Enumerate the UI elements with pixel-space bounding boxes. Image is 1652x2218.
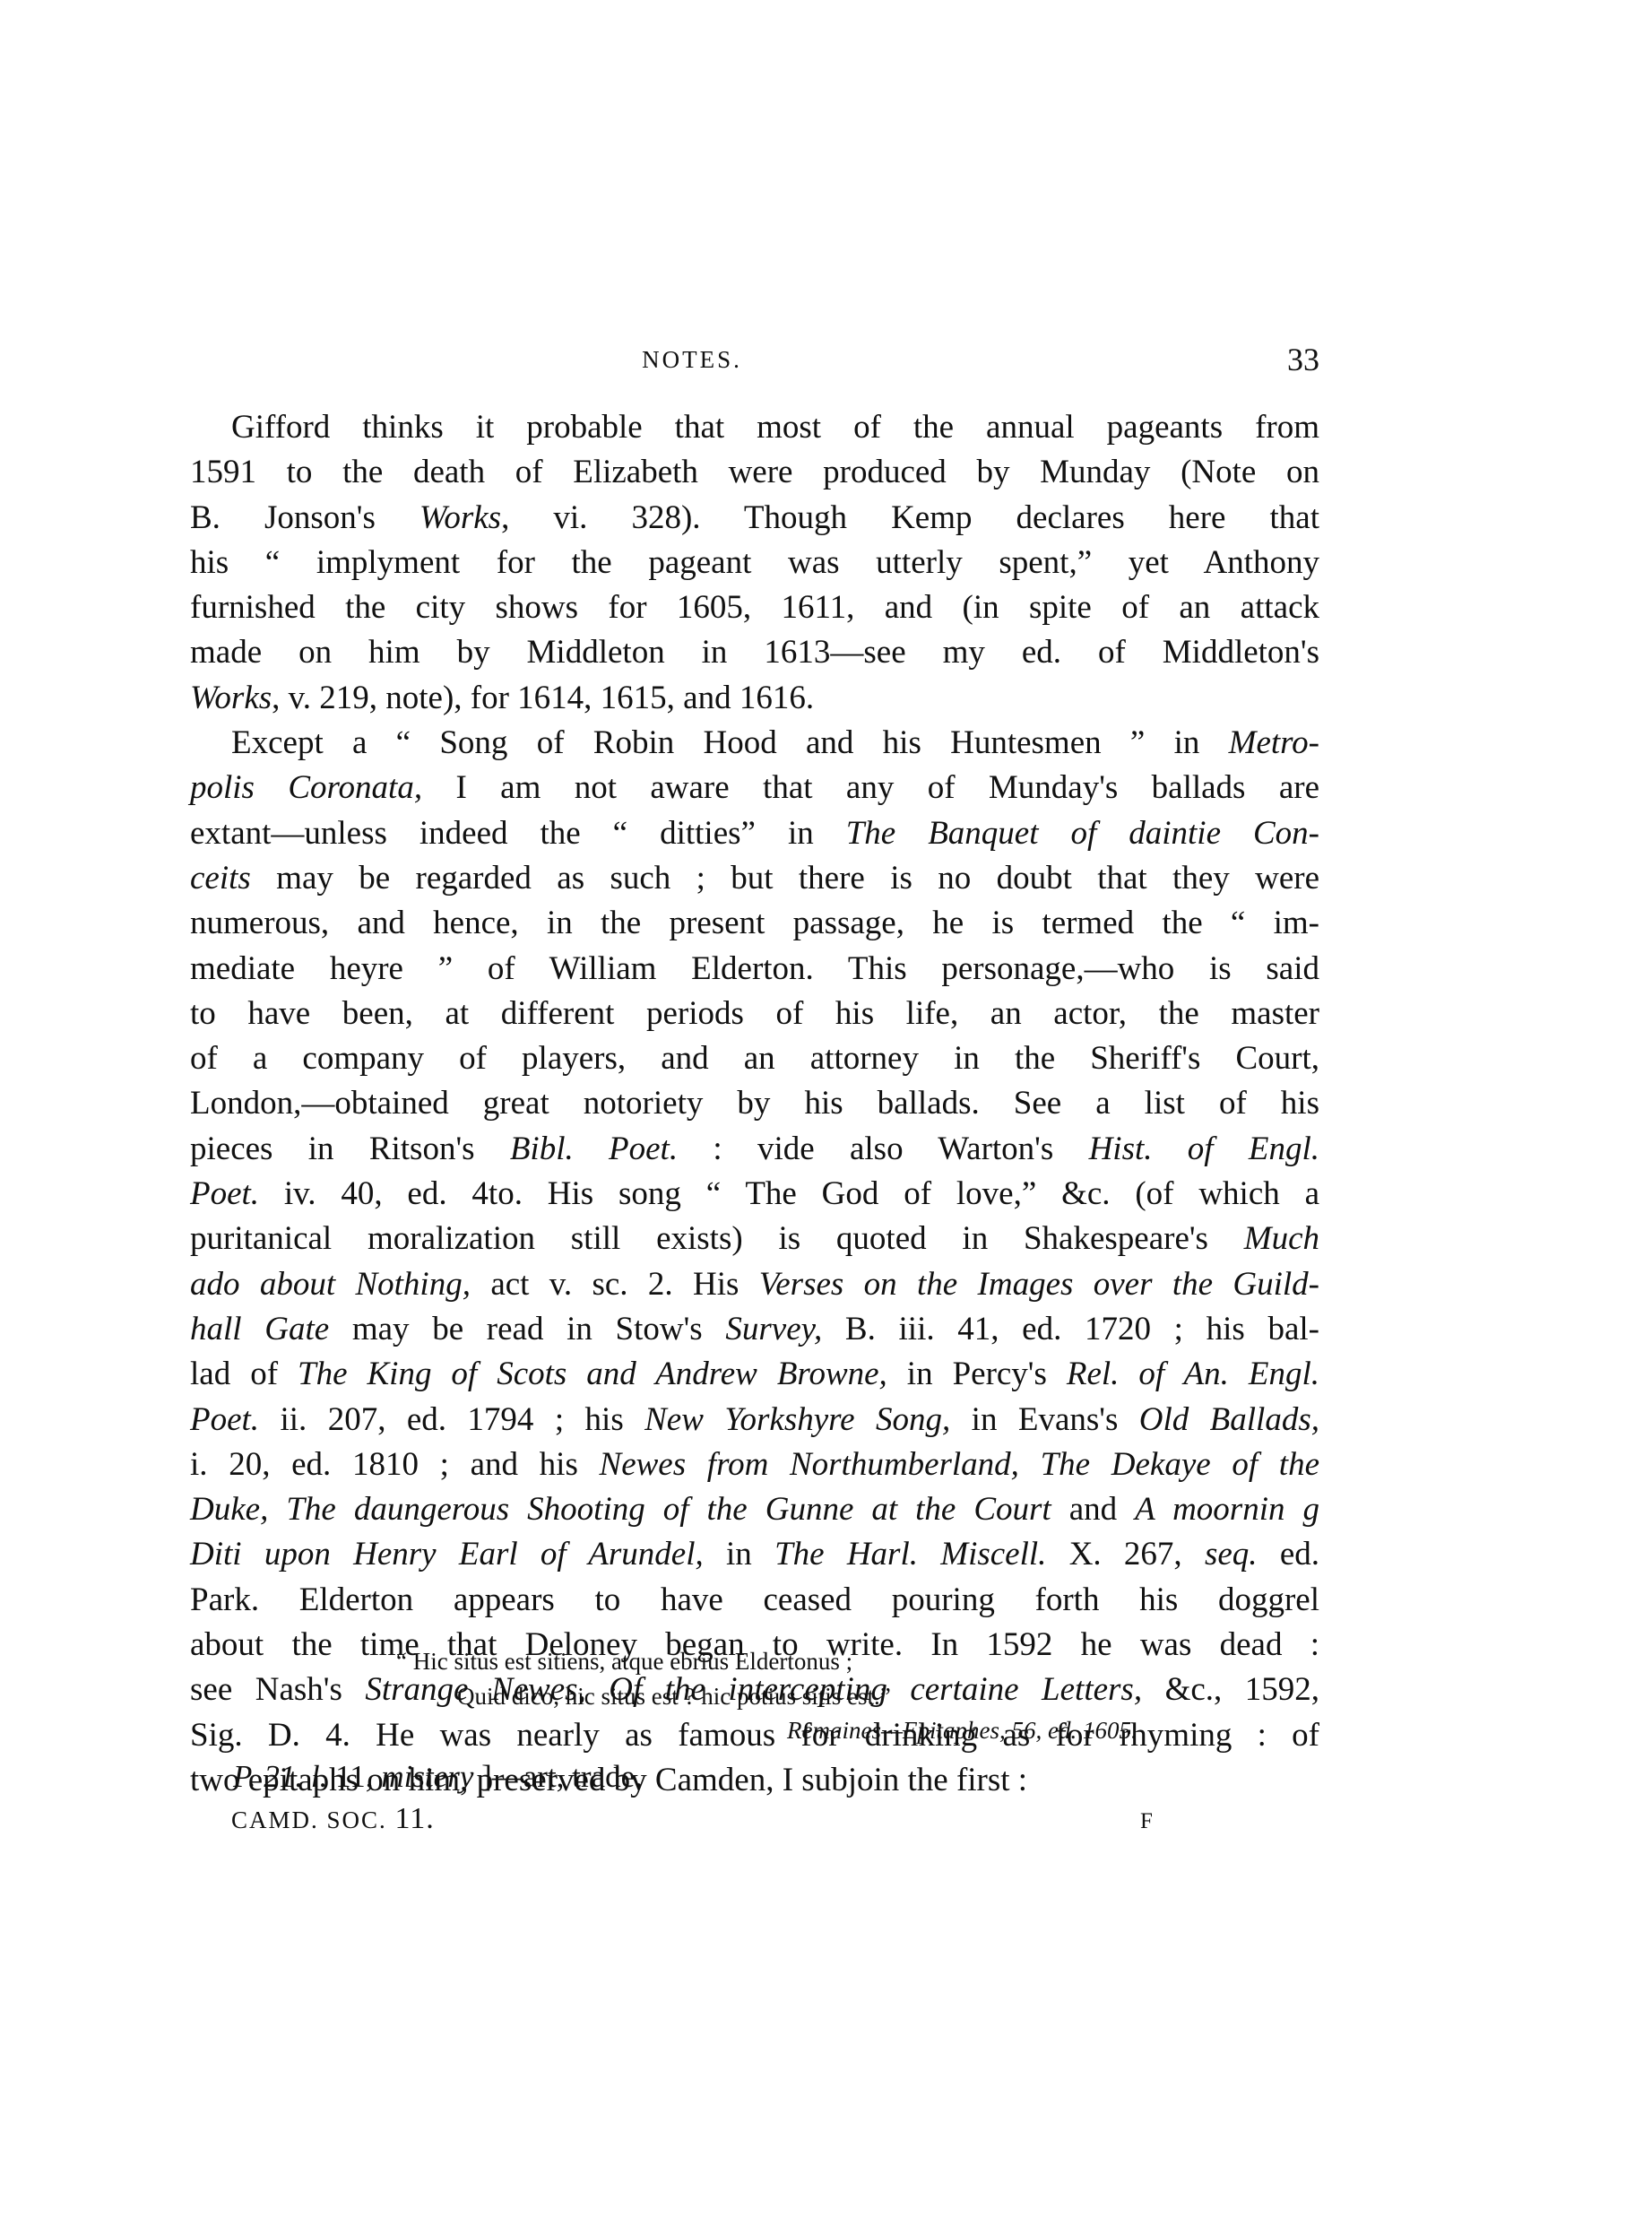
text-line: Poet. iv. 40, ed. 4to. His song “ The Go… — [190, 1172, 1319, 1217]
italic-span: Works — [190, 680, 272, 716]
page-number: 33 — [1287, 341, 1319, 378]
text-span: in Evans's — [950, 1401, 1139, 1438]
italic-span: Works — [419, 499, 501, 536]
text-line: Duke, The daungerous Shooting of the Gun… — [190, 1487, 1319, 1532]
italic-span: Survey, — [725, 1311, 822, 1347]
note-line-abbrev: l. — [311, 1759, 327, 1794]
italic-span: hall Gate — [190, 1311, 329, 1347]
text-line: Diti upon Henry Earl of Arundel, in The … — [190, 1532, 1319, 1577]
text-span: : vide also Warton's — [678, 1131, 1088, 1167]
signature-mark: F — [1140, 1809, 1153, 1834]
running-title: NOTES. — [190, 346, 1194, 374]
text-line: extant—unless indeed the “ ditties” in T… — [190, 811, 1319, 856]
text-span: to have been, at different periods of hi… — [190, 995, 1319, 1032]
text-span: ed. — [1258, 1536, 1319, 1573]
text-span: ii. 207, ed. 1794 ; his — [259, 1401, 644, 1438]
text-span: , v. 219, note), for 1614, 1615, and 161… — [272, 680, 814, 716]
text-span: see Nash's — [190, 1671, 365, 1708]
epitaph-source: Remaines—Epitaphes, 56, ed. 1605. — [787, 1717, 1137, 1745]
text-line: 1591 to the death of Elizabeth were prod… — [190, 450, 1319, 495]
text-line: puritanical moralization still exists) i… — [190, 1217, 1319, 1261]
italic-span: Poet. — [190, 1175, 259, 1212]
text-span: I am not aware that any of Munday's ball… — [422, 769, 1319, 806]
text-span: &c., 1592, — [1142, 1671, 1319, 1708]
text-span: Park. Elderton appears to have ceased po… — [190, 1581, 1319, 1618]
text-span: may be read in Stow's — [329, 1311, 725, 1347]
text-line: polis Coronata, I am not aware that any … — [190, 766, 1319, 810]
italic-span: Duke, The daungerous Shooting of the Gun… — [190, 1491, 1051, 1528]
text-span: of a company of players, and an attorney… — [190, 1040, 1319, 1077]
italic-span: The Banquet of daintie Con- — [846, 815, 1319, 852]
note-page-ref: P. 21. — [233, 1759, 311, 1794]
text-line: i. 20, ed. 1810 ; and his Newes from Nor… — [190, 1443, 1319, 1487]
text-span: puritanical moralization still exists) i… — [190, 1220, 1244, 1257]
italic-span: Verses on the Images over the Guild- — [759, 1266, 1319, 1303]
text-span: Except a “ Song of Robin Hood and his Hu… — [231, 724, 1229, 761]
text-span: and — [1051, 1491, 1135, 1528]
text-span: London,—obtained great notoriety by his … — [190, 1085, 1319, 1122]
text-line: of a company of players, and an attorney… — [190, 1036, 1319, 1081]
epitaph-line-1: “ Hic situs est sitiens, atque ebrius El… — [396, 1648, 852, 1676]
text-line: lad of The King of Scots and Andrew Brow… — [190, 1352, 1319, 1397]
italic-span: Diti upon Henry Earl of Arundel, — [190, 1536, 704, 1573]
text-line: Park. Elderton appears to have ceased po… — [190, 1578, 1319, 1623]
italic-span: polis Coronata, — [190, 769, 422, 806]
text-line: Works, v. 219, note), for 1614, 1615, an… — [190, 676, 1319, 721]
italic-span: Metro- — [1229, 724, 1319, 761]
text-line: London,—obtained great notoriety by his … — [190, 1081, 1319, 1126]
text-line: pieces in Ritson's Bibl. Poet. : vide al… — [190, 1127, 1319, 1172]
text-span: made on him by Middleton in 1613—see my … — [190, 634, 1319, 671]
text-span: his “ implyment for the pageant was utte… — [190, 544, 1319, 581]
italic-span: A moornin g — [1135, 1491, 1319, 1528]
text-line: numerous, and hence, in the present pass… — [190, 901, 1319, 946]
text-line: made on him by Middleton in 1613—see my … — [190, 630, 1319, 675]
italic-span: Much — [1244, 1220, 1319, 1257]
text-span: , vi. 328). Though Kemp declares here th… — [501, 499, 1319, 536]
text-line: Poet. ii. 207, ed. 1794 ; his New Yorksh… — [190, 1398, 1319, 1443]
text-line: hall Gate may be read in Stow's Survey, … — [190, 1307, 1319, 1352]
text-span: Sig. D. 4. He was nearly as famous for d… — [190, 1717, 1319, 1754]
text-span: extant—unless indeed the “ ditties” in — [190, 815, 846, 852]
italic-span: Rel. of An. Engl. — [1067, 1356, 1319, 1392]
text-span: lad of — [190, 1356, 298, 1392]
text-line: furnished the city shows for 1605, 1611,… — [190, 585, 1319, 630]
italic-span: New Yorkshyre Song, — [644, 1401, 950, 1438]
text-line: ado about Nothing, act v. sc. 2. His Ver… — [190, 1262, 1319, 1307]
text-line: his “ implyment for the pageant was utte… — [190, 541, 1319, 585]
note-line-number: 11, — [327, 1759, 381, 1794]
text-span: furnished the city shows for 1605, 1611,… — [190, 589, 1319, 626]
text-span: B. Jonson's — [190, 499, 419, 536]
italic-span: Bibl. Poet. — [510, 1131, 678, 1167]
text-line: to have been, at different periods of hi… — [190, 992, 1319, 1036]
running-head: NOTES. 33 — [190, 341, 1319, 380]
note-entry: P. 21. l. 11, mistery ]—art, trade. — [233, 1759, 643, 1795]
italic-span: Newes from Northumberland, The Dekaye of… — [600, 1446, 1319, 1483]
text-span: i. 20, ed. 1810 ; and his — [190, 1446, 600, 1483]
text-line: ceits may be regarded as such ; but ther… — [190, 856, 1319, 901]
note-gloss: ]—art, trade. — [473, 1759, 643, 1794]
italic-span: seq. — [1205, 1536, 1258, 1573]
text-line: Sig. D. 4. He was nearly as famous for d… — [190, 1713, 1319, 1758]
text-line: mediate heyre ” of William Elderton. Thi… — [190, 947, 1319, 992]
text-span: mediate heyre ” of William Elderton. Thi… — [190, 950, 1319, 987]
italic-span: ado about Nothing, — [190, 1266, 471, 1303]
italic-span: ceits — [190, 860, 251, 897]
text-span: X. 267, — [1046, 1536, 1205, 1573]
volume-number: 11. — [395, 1802, 435, 1835]
italic-span: The Harl. Miscell. — [774, 1536, 1046, 1573]
text-line: Except a “ Song of Robin Hood and his Hu… — [190, 721, 1319, 766]
italic-span: Hist. of Engl. — [1089, 1131, 1319, 1167]
text-span: act v. sc. 2. His — [471, 1266, 759, 1303]
text-span: pieces in Ritson's — [190, 1131, 510, 1167]
italic-span: The King of Scots and Andrew Browne, — [298, 1356, 887, 1392]
text-span: 1591 to the death of Elizabeth were prod… — [190, 454, 1319, 490]
italic-span: Poet. — [190, 1401, 259, 1438]
text-line: Gifford thinks it probable that most of … — [190, 405, 1319, 450]
footer-signature: CAMD. SOC. 11. — [231, 1802, 435, 1836]
text-span: iv. 40, ed. 4to. His song “ The God of l… — [259, 1175, 1319, 1212]
text-span: in Percy's — [887, 1356, 1067, 1392]
text-span: may be regarded as such ; but there is n… — [251, 860, 1319, 897]
epitaph-line-2: Quid dico, hic situs est ? hic potius si… — [457, 1683, 891, 1711]
italic-span: Old Ballads, — [1139, 1401, 1319, 1438]
note-lemma: mistery — [381, 1759, 473, 1794]
text-line: B. Jonson's Works, vi. 328). Though Kemp… — [190, 496, 1319, 541]
text-span: numerous, and hence, in the present pass… — [190, 905, 1319, 941]
text-span: in — [704, 1536, 774, 1573]
book-page: NOTES. 33 Gifford thinks it probable tha… — [0, 0, 1652, 2218]
notes-body: Gifford thinks it probable that most of … — [190, 405, 1319, 1803]
society-label: CAMD. SOC. — [231, 1806, 395, 1833]
text-span: Gifford thinks it probable that most of … — [231, 409, 1319, 446]
text-span: B. iii. 41, ed. 1720 ; his bal- — [822, 1311, 1319, 1347]
